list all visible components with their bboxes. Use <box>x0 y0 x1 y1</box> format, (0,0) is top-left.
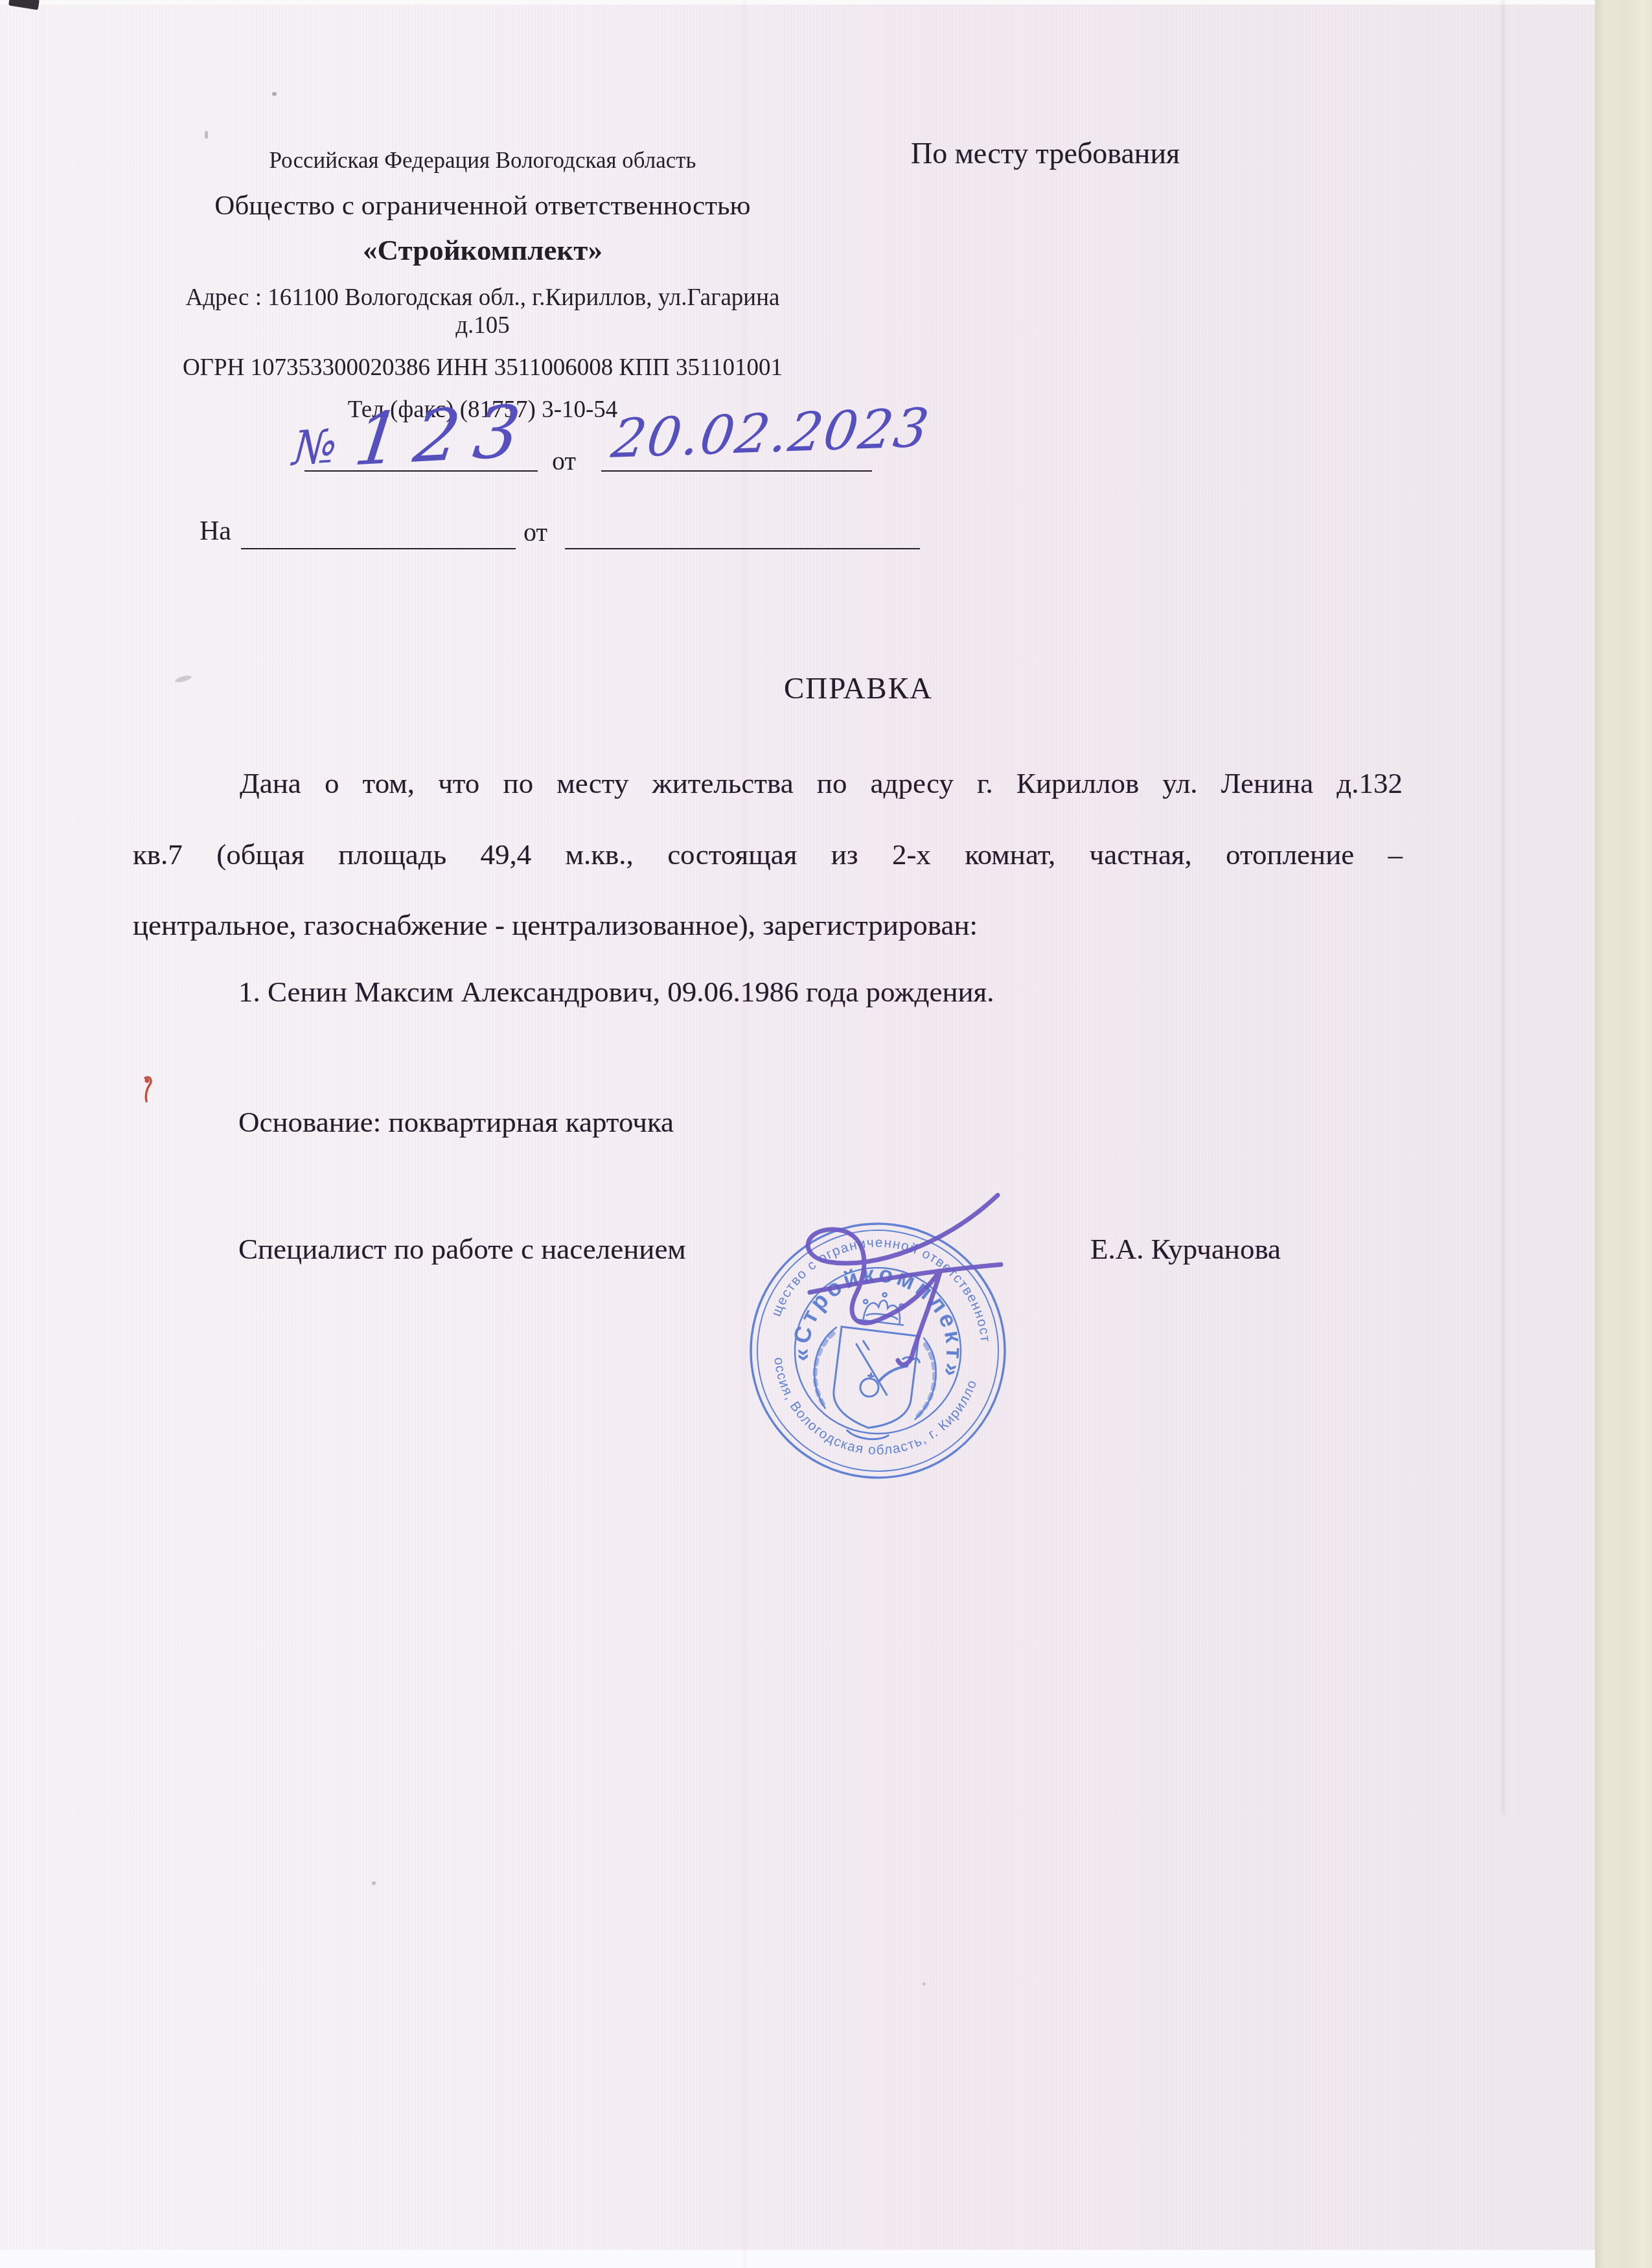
scanned-certificate-page: Российская Федерация Вологодская область… <box>0 0 1652 2268</box>
body-line-3: центральное, газоснабжение - централизов… <box>133 908 978 942</box>
number-underline <box>304 470 538 472</box>
handwritten-outgoing-number: 123 <box>350 389 538 481</box>
handwritten-signature <box>713 1166 1037 1386</box>
paper-speck <box>205 131 208 139</box>
letterhead-registration-numbers: ОГРН 107353300020386 ИНН 3511006008 КПП … <box>159 354 807 382</box>
resident-list-item: 1. Сенин Максим Александрович, 09.06.198… <box>238 975 994 1009</box>
date-underline <box>601 470 872 472</box>
body-line-1: Дана о том, что по месту жительства по а… <box>133 766 1403 801</box>
signer-name: Е.А. Курчанова <box>1090 1232 1281 1266</box>
basis-line: Основание: поквартирная карточка <box>238 1105 674 1139</box>
paper-smudge <box>174 674 192 683</box>
letterhead-address: Адрес : 161100 Вологодская обл., г.Кирил… <box>159 284 807 339</box>
recipient-line: По месту требования <box>911 136 1180 170</box>
na-ot-label: от <box>523 517 547 547</box>
document-title: СПРАВКА <box>784 671 933 706</box>
paper-speck <box>272 92 277 96</box>
paper-speck <box>372 1881 376 1885</box>
na-label: На <box>200 516 231 547</box>
letterhead-country-region: Российская Федерация Вологодская область <box>159 148 807 174</box>
scanner-bed-right-edge <box>1595 0 1652 2268</box>
ot-label: от <box>552 446 576 476</box>
letterhead: Российская Федерация Вологодская область… <box>159 148 807 424</box>
scanner-bed-bottom-edge <box>0 2250 1595 2268</box>
red-ink-mark <box>136 1074 159 1105</box>
letterhead-company-form: Общество с ограниченной ответственностью <box>159 190 807 222</box>
scanner-bed-top-edge <box>0 0 1595 5</box>
letterhead-company-name: «Стройкомплект» <box>159 233 807 267</box>
handwritten-date: 20.02.2023 <box>608 397 934 470</box>
na-date-underline <box>565 548 920 549</box>
handwritten-number-sign: № <box>291 418 339 475</box>
body-line-2: кв.7 (общая площадь 49,4 м.кв., состояща… <box>133 837 1403 872</box>
paper-fold-crease <box>1502 0 1504 1814</box>
paper-speck <box>923 1982 926 1986</box>
na-underline <box>241 548 516 549</box>
signer-position: Специалист по работе с населением <box>238 1232 686 1266</box>
scan-corner-artifact <box>8 0 40 10</box>
